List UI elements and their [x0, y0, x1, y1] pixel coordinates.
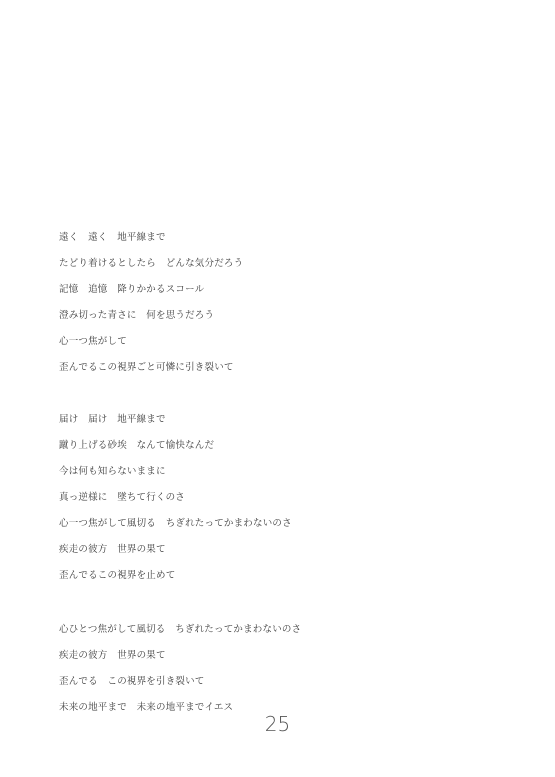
lyric-line: 今は何も知らないままに — [59, 466, 166, 478]
lyric-line: たどり着けるとしたら どんな気分だろう — [59, 258, 243, 270]
lyric-line: 疾走の彼方 世界の果て — [59, 650, 166, 662]
lyric-line: 歪んでるこの視界を止めて — [59, 570, 175, 582]
page-number: 25 — [0, 712, 555, 736]
lyric-line: 心一つ焦がして — [59, 336, 127, 348]
lyric-line: 真っ逆様に 墜ちて行くのさ — [59, 492, 185, 504]
lyric-line: 届け 届け 地平線まで — [59, 414, 166, 426]
lyrics-page: 遠く 遠く 地平線まで たどり着けるとしたら どんな気分だろう 記憶 追憶 降り… — [0, 0, 555, 777]
lyric-line: 澄み切った青さに 何を思うだろう — [59, 310, 214, 322]
lyric-line: 心ひとつ焦がして風切る ちぎれたってかまわないのさ — [59, 624, 301, 636]
lyric-line: 蹴り上げる砂埃 なんて愉快なんだ — [59, 440, 214, 452]
lyric-line: 遠く 遠く 地平線まで — [59, 232, 166, 244]
lyric-line: 歪んでる この視界を引き裂いて — [59, 676, 205, 688]
lyric-line: 歪んでるこの視界ごと可憐に引き裂いて — [59, 362, 234, 374]
lyric-line: 記憶 追憶 降りかかるスコール — [59, 284, 204, 296]
lyric-line: 疾走の彼方 世界の果て — [59, 544, 166, 556]
lyric-line: 心一つ焦がして風切る ちぎれたってかまわないのさ — [59, 518, 292, 530]
